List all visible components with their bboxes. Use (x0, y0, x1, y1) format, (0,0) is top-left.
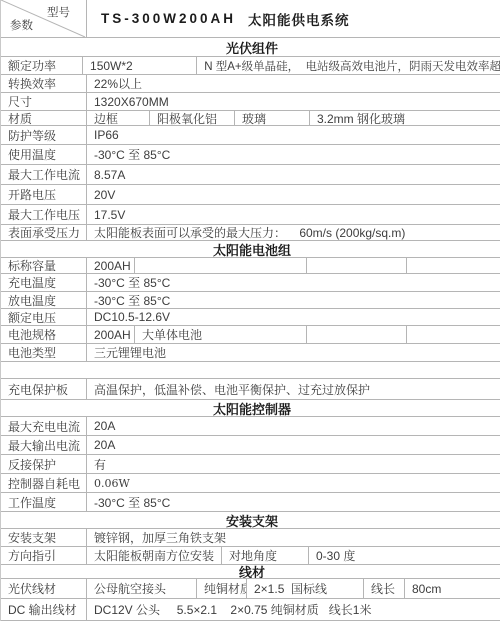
pv-wire-length-label: 线长 (363, 579, 404, 598)
section-pv-title: 光伏组件 (1, 38, 500, 56)
working-temp-label: 工作温度 (1, 493, 86, 511)
pv-wire-connector: 公母航空接头 (86, 579, 196, 598)
self-consumption-value: 0.06W (86, 474, 500, 492)
bracket-type-value: 镀锌钢，加厚三角铁支架 (86, 529, 500, 546)
size-value: 1320X670MM (86, 93, 500, 110)
pv-wire-length-value: 80cm (404, 579, 500, 598)
bracket-type-label: 安装支架 (1, 529, 86, 546)
open-circuit-voltage-label: 开路电压 (1, 185, 86, 204)
battery-spec-value: 200AH (86, 326, 134, 343)
row-discharge-temp: 放电温度 -30°C 至 85°C (1, 292, 500, 309)
row-charge-temp: 充电温度 -30°C 至 85°C (1, 274, 500, 292)
spacer-cell (1, 362, 500, 378)
rated-power-value: 150W*2 (82, 57, 196, 74)
row-battery-spec: 电池规格 200AH 大单体电池 (1, 326, 500, 344)
nominal-capacity-empty-2 (306, 258, 406, 273)
row-surface-pressure: 表面承受压力 太阳能板表面可以承受的最大压力： 60m/s (200kg/sq.… (1, 225, 500, 241)
battery-spec-label: 电池规格 (1, 326, 86, 343)
max-charge-current-label: 最大充电电流 (1, 417, 86, 435)
row-material: 材质 边框 阳极氧化铝 玻璃 3.2mm 钢化玻璃 (1, 111, 500, 126)
row-rated-voltage: 额定电压 DC10.5-12.6V (1, 309, 500, 326)
section-controller-title: 太阳能控制器 (1, 400, 500, 416)
surface-pressure-value: 太阳能板表面可以承受的最大压力： 60m/s (200kg/sq.m) (86, 225, 500, 240)
header-row: 型号 参数 TS-300W200AH 太阳能供电系统 (1, 0, 500, 38)
row-self-consumption: 控制器自耗电 0.06W (1, 474, 500, 493)
row-charge-protection: 充电保护板 高温保护，低温补偿、电池平衡保护、过充过放保护 (1, 379, 500, 400)
section-bracket: 安装支架 (1, 512, 500, 529)
nominal-capacity-empty-1 (134, 258, 306, 273)
material-glass: 玻璃 (234, 111, 309, 125)
row-rated-power: 额定功率 150W*2 N 型A+级单晶硅， 电站级高效电池片，阴雨天发电效率超… (1, 57, 500, 75)
row-spacer (1, 362, 500, 379)
direction-guide-label: 方向指引 (1, 547, 86, 564)
row-efficiency: 转换效率 22%以上 (1, 75, 500, 93)
product-name: 太阳能供电系统 (248, 9, 350, 29)
usage-temp-label: 使用温度 (1, 145, 86, 164)
model-corner-label: 型号 (47, 4, 70, 20)
usage-temp-value: -30°C 至 85°C (86, 145, 500, 164)
spec-sheet: 型号 参数 TS-300W200AH 太阳能供电系统 光伏组件 额定功率 150… (0, 0, 500, 621)
charge-protection-label: 充电保护板 (1, 379, 86, 399)
row-direction-guide: 方向指引 太阳能板朝南方位安装 对地角度 0-30 度 (1, 547, 500, 565)
rated-power-remark: N 型A+级单晶硅， 电站级高效电池片，阴雨天发电效率超高 (196, 57, 500, 74)
row-open-circuit-voltage: 开路电压 20V (1, 185, 500, 205)
battery-type-label: 电池类型 (1, 344, 86, 361)
reverse-protection-value: 有 (86, 455, 500, 473)
charge-temp-label: 充电温度 (1, 274, 86, 291)
row-max-working-current: 最大工作电流 8.57A (1, 165, 500, 185)
row-pv-wire: 光伏线材 公母航空接头 纯铜材质 2×1.5 国标线 线长 80cm (1, 579, 500, 599)
section-wire: 线材 (1, 565, 500, 579)
discharge-temp-value: -30°C 至 85°C (86, 292, 500, 308)
section-controller: 太阳能控制器 (1, 400, 500, 417)
material-glass-value: 3.2mm 钢化玻璃 (309, 111, 500, 125)
row-usage-temp: 使用温度 -30°C 至 85°C (1, 145, 500, 165)
max-output-current-label: 最大输出电流 (1, 436, 86, 454)
row-working-temp: 工作温度 -30°C 至 85°C (1, 493, 500, 512)
pv-wire-material: 纯铜材质 (196, 579, 246, 598)
ground-angle-label: 对地角度 (221, 547, 308, 564)
dc-wire-label: DC 输出线材 (1, 599, 86, 620)
max-working-voltage-value: 17.5V (86, 205, 500, 224)
product-model: TS-300W200AH (101, 11, 236, 26)
section-wire-title: 线材 (1, 565, 500, 578)
max-working-current-value: 8.57A (86, 165, 500, 184)
material-frame: 边框 (86, 111, 149, 125)
rated-voltage-label: 额定电压 (1, 309, 86, 325)
row-nominal-capacity: 标称容量 200AH (1, 258, 500, 274)
reverse-protection-label: 反接保护 (1, 455, 86, 473)
dc-wire-value: DC12V 公头 5.5×2.1 2×0.75 纯铜材质 线长1米 (86, 599, 500, 620)
section-battery: 太阳能电池组 (1, 241, 500, 258)
battery-type-value: 三元锂锂电池 (86, 344, 500, 361)
nominal-capacity-empty-3 (406, 258, 500, 273)
section-bracket-title: 安装支架 (1, 512, 500, 528)
row-battery-type: 电池类型 三元锂锂电池 (1, 344, 500, 362)
max-output-current-value: 20A (86, 436, 500, 454)
param-corner-label: 参数 (10, 17, 33, 33)
pv-wire-label: 光伏线材 (1, 579, 86, 598)
ground-angle-value: 0-30 度 (308, 547, 500, 564)
material-label: 材质 (1, 111, 86, 125)
battery-spec-empty-1 (306, 326, 406, 343)
battery-spec-cell-type: 大单体电池 (134, 326, 306, 343)
row-bracket-type: 安装支架 镀锌钢，加厚三角铁支架 (1, 529, 500, 547)
battery-spec-empty-2 (406, 326, 500, 343)
open-circuit-voltage-value: 20V (86, 185, 500, 204)
charge-temp-value: -30°C 至 85°C (86, 274, 500, 291)
ip-rating-value: IP66 (86, 126, 500, 144)
surface-pressure-label: 表面承受压力 (1, 225, 86, 240)
section-pv: 光伏组件 (1, 38, 500, 57)
rated-power-label: 额定功率 (1, 57, 82, 74)
efficiency-value: 22%以上 (86, 75, 500, 92)
sheet-title: TS-300W200AH 太阳能供电系统 (86, 0, 500, 37)
row-max-charge-current: 最大充电电流 20A (1, 417, 500, 436)
row-max-output-current: 最大输出电流 20A (1, 436, 500, 455)
rated-voltage-value: DC10.5-12.6V (86, 309, 500, 325)
row-size: 尺寸 1320X670MM (1, 93, 500, 111)
section-battery-title: 太阳能电池组 (1, 241, 500, 257)
row-reverse-protection: 反接保护 有 (1, 455, 500, 474)
pv-wire-spec: 2×1.5 国标线 (246, 579, 363, 598)
nominal-capacity-label: 标称容量 (1, 258, 86, 273)
diagonal-header-cell: 型号 参数 (1, 0, 86, 37)
max-charge-current-value: 20A (86, 417, 500, 435)
ip-rating-label: 防护等级 (1, 126, 86, 144)
size-label: 尺寸 (1, 93, 86, 110)
discharge-temp-label: 放电温度 (1, 292, 86, 308)
nominal-capacity-value: 200AH (86, 258, 134, 273)
efficiency-label: 转换效率 (1, 75, 86, 92)
row-dc-wire: DC 输出线材 DC12V 公头 5.5×2.1 2×0.75 纯铜材质 线长1… (1, 599, 500, 621)
max-working-voltage-label: 最大工作电压 (1, 205, 86, 224)
direction-guide-value: 太阳能板朝南方位安装 (86, 547, 221, 564)
material-frame-value: 阳极氧化铝 (149, 111, 234, 125)
working-temp-value: -30°C 至 85°C (86, 493, 500, 511)
row-max-working-voltage: 最大工作电压 17.5V (1, 205, 500, 225)
charge-protection-value: 高温保护，低温补偿、电池平衡保护、过充过放保护 (86, 379, 500, 399)
self-consumption-label: 控制器自耗电 (1, 474, 86, 492)
max-working-current-label: 最大工作电流 (1, 165, 86, 184)
row-ip-rating: 防护等级 IP66 (1, 126, 500, 145)
